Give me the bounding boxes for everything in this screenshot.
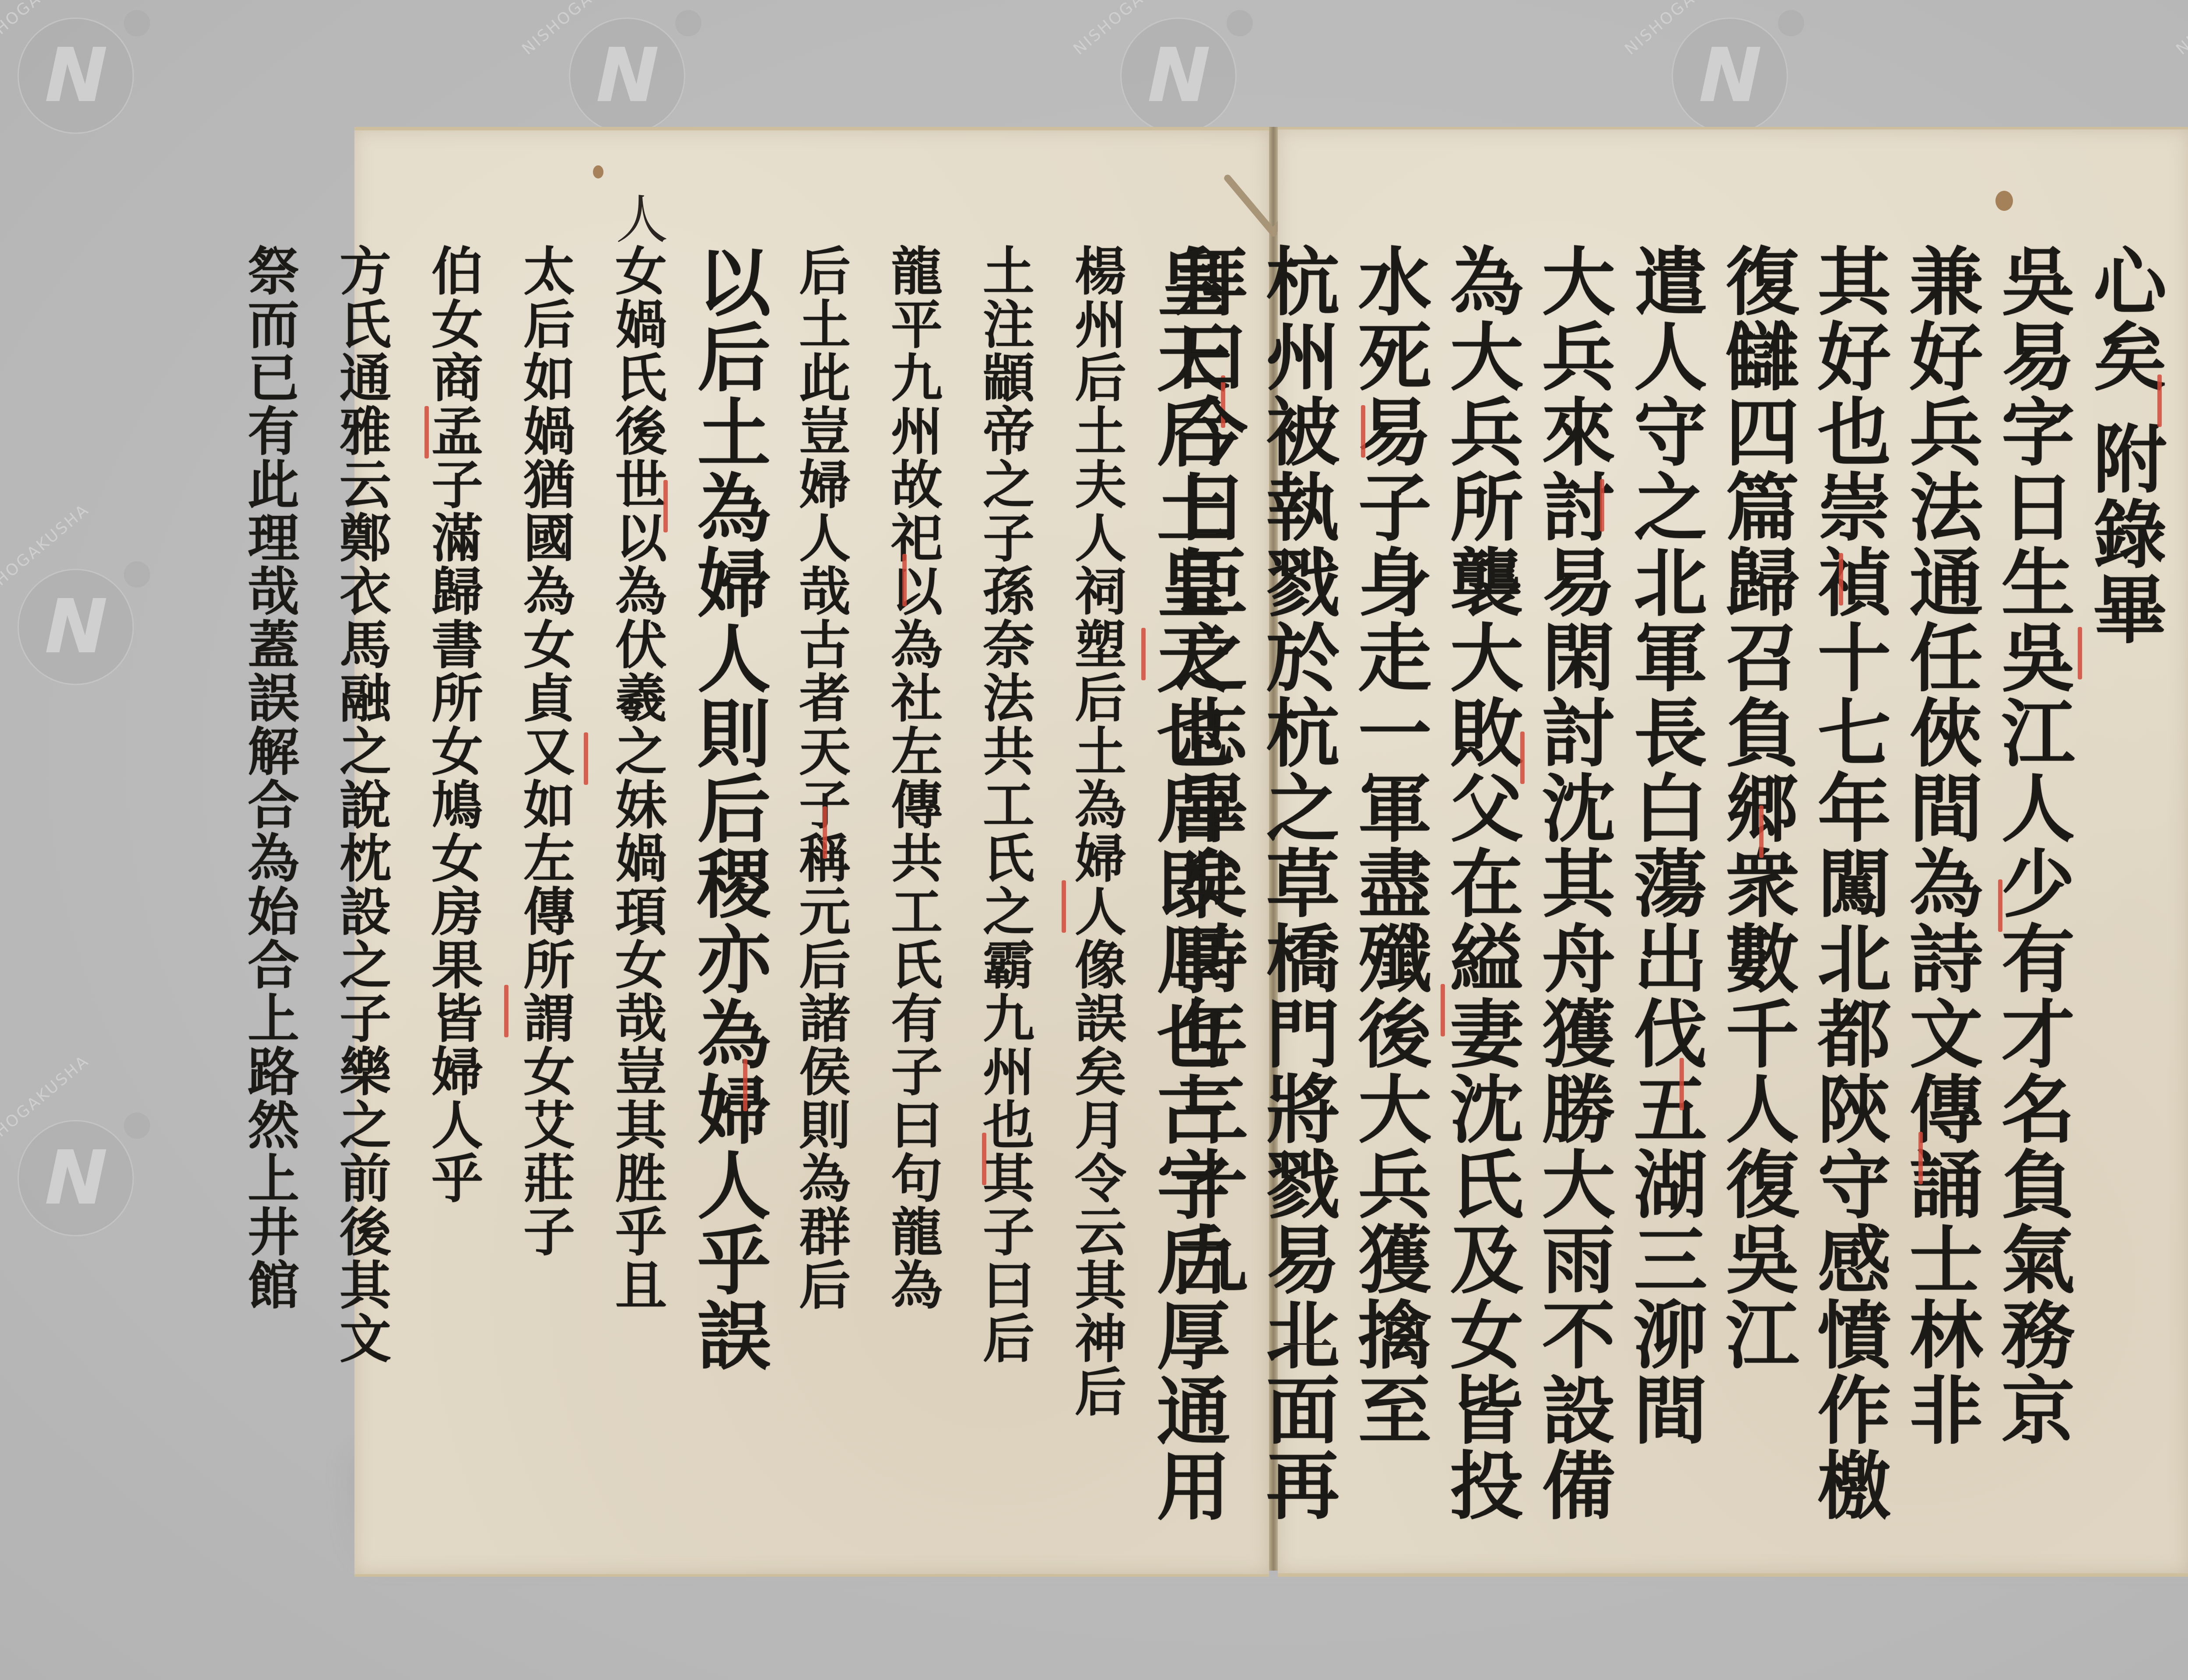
red-annotation-mark <box>663 480 668 532</box>
right-page: 心矣 附錄畢吳易字日生吳江人少有才名負氣務京兼好兵法通任俠間為詩文傳誦士林非其好… <box>1278 127 2188 1577</box>
nishogakusha-watermark-icon: NNISHOGAKUSHA <box>18 1120 134 1236</box>
red-annotation-mark <box>1600 479 1604 532</box>
left-page-text-columns: 皇天后土皇天也后即厚也古字后厚通用楊州后土夫人祠塑后土為婦人像誤矣月令云其神后土… <box>389 244 1234 1452</box>
open-book: 人 皇天后土皇天也后即厚也古字后厚通用楊州后土夫人祠塑后土為婦人像誤矣月令云其神… <box>354 127 2188 1571</box>
nishogakusha-watermark-icon: NNISHOGAKUSHA <box>1672 17 1788 134</box>
red-annotation-mark <box>1141 628 1146 680</box>
nishogakusha-watermark-icon: NNISHOGAKUSHA <box>18 569 134 685</box>
nishogakusha-watermark-icon: NNISHOGAKUSHA <box>569 17 685 134</box>
red-annotation-mark <box>1998 879 2002 932</box>
text-column: 龍平九州故祀以為社左傳共工氏有子曰句龍為 <box>866 244 958 1452</box>
text-column: 遣人守之北軍長白蕩出伐五湖三泖間 <box>1619 243 1711 1451</box>
red-annotation-mark <box>1520 731 1525 784</box>
red-annotation-mark <box>504 985 508 1037</box>
red-annotation-mark <box>743 1059 747 1111</box>
text-column: 祭而已有此理哉蓋誤解合為始合上路然上井館 <box>223 244 315 1452</box>
red-annotation-mark <box>1918 1132 1923 1184</box>
text-column: 女媧氏後世以為伏羲之妹媧頊女哉豈其胜乎且 <box>591 244 683 1452</box>
red-annotation-mark <box>1759 805 1764 858</box>
red-annotation-mark <box>902 554 907 606</box>
red-annotation-mark <box>982 1133 986 1185</box>
text-column: 楊州后土夫人祠塑后土為婦人像誤矣月令云其神后 <box>1050 244 1142 1452</box>
text-column: 后土此豈婦人哉古者天子稱元后諸侯則為群后 <box>775 244 866 1452</box>
text-column: 拜曰今日臣之志畢矣時年三十九 <box>1160 243 1252 1451</box>
red-annotation-mark <box>2157 374 2162 427</box>
text-column: 其好也崇禎十七年闖北都陝守感憤作檄 <box>1803 243 1895 1451</box>
fold-page-mark: 一 <box>1265 1319 1340 1372</box>
red-annotation-mark <box>1441 984 1445 1036</box>
red-annotation-mark <box>2078 627 2082 679</box>
left-page: 人 皇天后土皇天也后即厚也古字后厚通用楊州后土夫人祠塑后土為婦人像誤矣月令云其神… <box>354 127 1269 1577</box>
text-column: 方氏通雅云鄭衣馬融之說枕設之子樂之前後其文 <box>315 244 407 1452</box>
red-annotation-mark <box>1680 1058 1684 1110</box>
nishogakusha-watermark-icon: NNISHOGAKUSHA <box>1120 17 1237 134</box>
red-annotation-mark <box>823 806 827 859</box>
text-column: 太后如媧猶國為女貞又如左傳所謂女艾莊子 <box>499 244 591 1452</box>
text-column: 水死易子身走一軍盡殲後大兵獲擒至 <box>1343 243 1435 1451</box>
text-column: 以后土為婦人則后稷亦為婦人乎誤 <box>683 244 775 1452</box>
text-column: 土注顓帝之子孫奈法共工氏之霸九州也其子曰后 <box>958 244 1050 1452</box>
right-page-text-columns: 心矣 附錄畢吳易字日生吳江人少有才名負氣務京兼好兵法通任俠間為詩文傳誦士林非其好… <box>1291 243 2170 1451</box>
text-column: 復讎四篇歸召負郷衆數千人復吳江 <box>1711 243 1803 1451</box>
brown-stain <box>1995 191 2013 211</box>
text-column: 大兵來討易閑討沈其舟獲勝大雨不設備 <box>1527 243 1619 1451</box>
red-annotation-mark <box>424 406 429 458</box>
text-column: 為大兵所襲大敗父在縊妻沈氏及女皆投 <box>1435 243 1527 1451</box>
red-annotation-mark <box>1361 405 1365 458</box>
red-annotation-mark <box>1062 880 1066 933</box>
red-annotation-mark <box>1839 553 1843 605</box>
text-column: 兼好兵法通任俠間為詩文傳誦士林非 <box>1895 243 1987 1451</box>
text-column: 吳易字日生吳江人少有才名負氣務京 <box>1987 243 2079 1451</box>
text-column: 伯女商孟子滿歸書所女鳩女房果皆婦人乎 <box>407 244 499 1452</box>
nishogakusha-watermark-icon: NNISHOGAKUSHA <box>18 17 134 134</box>
text-column: 杭州被執戮於杭之草橋門將戮易北面再 <box>1252 243 1343 1451</box>
red-annotation-mark <box>584 732 588 785</box>
page-marker: 人 <box>600 192 675 244</box>
ink-spot <box>593 165 603 178</box>
text-column: 心矣 附錄畢 <box>2079 243 2170 1451</box>
